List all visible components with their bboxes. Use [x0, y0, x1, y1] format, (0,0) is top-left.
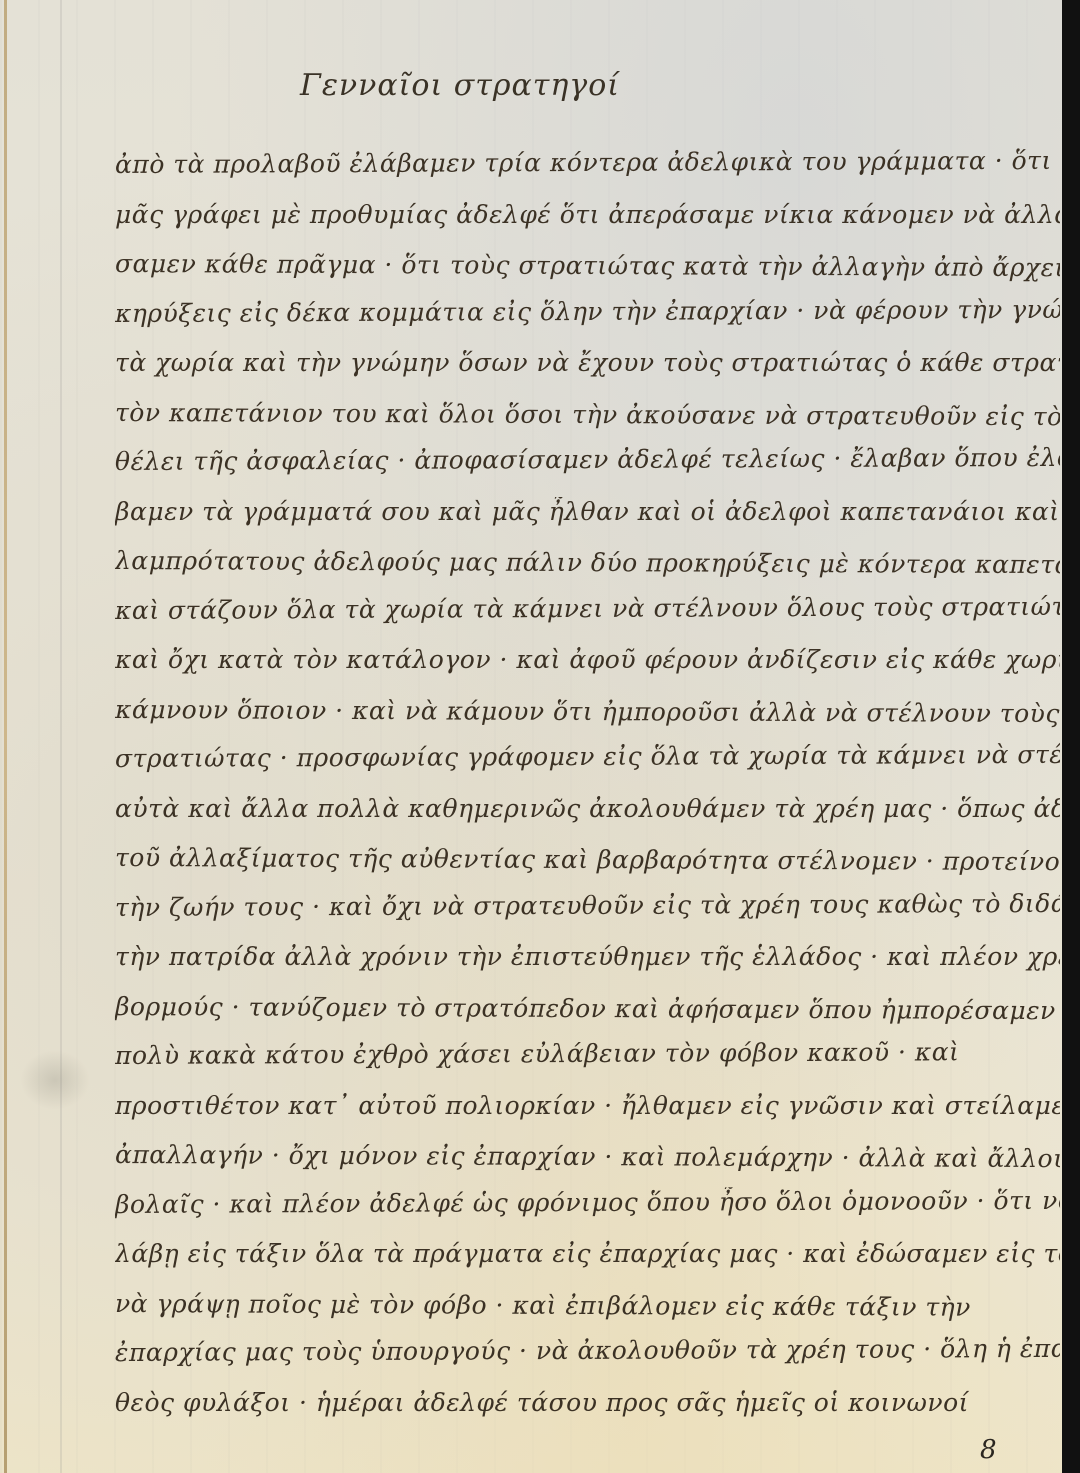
manuscript-line: βαμεν τὰ γράμματά σου καὶ μᾶς ἦλθαν καὶ …	[115, 497, 1060, 526]
manuscript-line: σαμεν κάθε πρᾶγμα · ὅτι τοὺς στρατιώτας …	[115, 249, 1060, 282]
manuscript-line: κάμνουν ὅποιον · καὶ νὰ κάμουν ὅτι ἠμπορ…	[115, 695, 1060, 728]
manuscript-line: λάβῃ εἰς τάξιν ὅλα τὰ πράγματα εἰς ἐπαρχ…	[115, 1239, 1060, 1268]
manuscript-line: καὶ στάζουν ὅλα τὰ χωρία τὰ κάμνει νὰ στ…	[115, 591, 1060, 624]
paper-crease	[60, 0, 62, 1473]
manuscript-line: βορμούς · τανύζομεν τὸ στρατόπεδον καὶ ἀ…	[115, 992, 1060, 1025]
manuscript-line: θεὸς φυλάξοι · ἡμέραι ἀδελφέ τάσου προς …	[115, 1388, 1060, 1417]
manuscript-line: τοῦ ἀλλαξίματος τῆς αὐθεντίας καὶ βαρβαρ…	[115, 843, 1060, 876]
manuscript-line: λαμπρότατους ἀδελφούς μας πάλιν δύο προκ…	[115, 546, 1060, 579]
manuscript-line: τὰ χωρία καὶ τὴν γνώμην ὅσων νὰ ἔχουν το…	[115, 348, 1060, 377]
manuscript-line: νὰ γράψῃ ποῖος μὲ τὸν φόβο · καὶ ἐπιβάλο…	[115, 1289, 1060, 1322]
manuscript-line: καὶ ὄχι κατὰ τὸν κατάλογον · καὶ ἀφοῦ φέ…	[115, 645, 1060, 674]
manuscript-line: πολὺ κακὰ κάτου ἐχθρὸ χάσει εὐλάβειαν τὸ…	[115, 1037, 1060, 1070]
manuscript-line: στρατιώτας · προσφωνίας γράφομεν εἰς ὅλα…	[115, 740, 1060, 773]
manuscript-line: τὸν καπετάνιον του καὶ ὅλοι ὅσοι τὴν ἀκο…	[115, 398, 1060, 431]
paper-stain	[20, 1050, 90, 1110]
manuscript-line: τὴν ζωήν τους · καὶ ὄχι νὰ στρατευθοῦν ε…	[115, 888, 1060, 921]
manuscript-line: θέλει τῆς ἀσφαλείας · ἀποφασίσαμεν ἀδελφ…	[115, 443, 1060, 476]
manuscript-line: ἀπαλλαγήν · ὄχι μόνον εἰς ἐπαρχίαν · καὶ…	[115, 1140, 1060, 1173]
manuscript-line: τὴν πατρίδα ἀλλὰ χρόνιν τὴν ἐπιστεύθημεν…	[115, 942, 1060, 971]
manuscript-line: αὐτὰ καὶ ἄλλα πολλὰ καθημερινῶς ἀκολουθά…	[115, 794, 1060, 823]
manuscript-line: προστιθέτον κατ᾽ αὐτοῦ πολιορκίαν · ἤλθα…	[115, 1091, 1060, 1120]
manuscript-line: ἐπαρχίας μας τοὺς ὑπουργούς · νὰ ἀκολουθ…	[115, 1334, 1060, 1367]
page-number: 8	[980, 1435, 997, 1465]
manuscript-line: κηρύξεις εἰς δέκα κομμάτια εἰς ὅλην τὴν …	[115, 294, 1060, 327]
letter-salutation: Γενναῖοι στρατηγοί	[300, 68, 620, 103]
manuscript-line: ἀπὸ τὰ προλαβοῦ ἐλάβαμεν τρία κόντερα ἀδ…	[115, 146, 1060, 179]
manuscript-line: μᾶς γράφει μὲ προθυμίας ἀδελφέ ὅτι ἀπερά…	[115, 200, 1060, 229]
scan-border-right	[1062, 0, 1080, 1473]
manuscript-page: Γενναῖοι στρατηγοί ἀπὸ τὰ προλαβοῦ ἐλάβα…	[0, 0, 1062, 1473]
manuscript-line: βολαῖς · καὶ πλέον ἀδελφέ ὡς φρόνιμος ὅπ…	[115, 1185, 1060, 1218]
page-fold-left	[4, 0, 7, 1473]
